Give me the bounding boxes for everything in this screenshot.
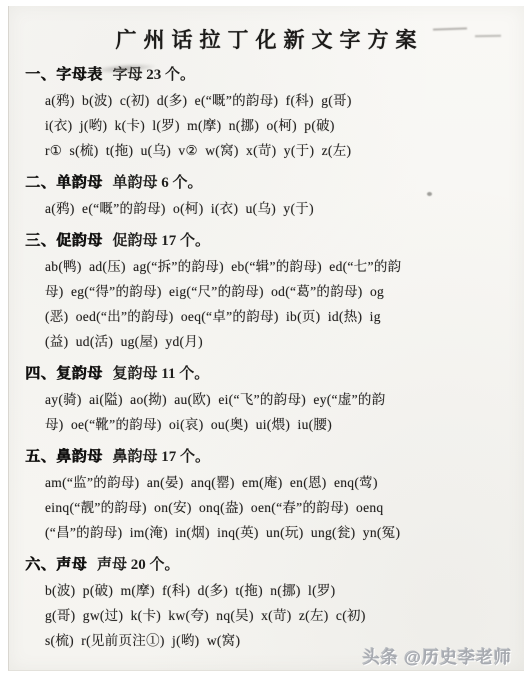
entries-line: i(衣) j(哟) k(卡) l(罗) m(摩) n(挪) o(柯) p(破): [45, 113, 514, 138]
section-label: 六、声母: [25, 557, 87, 573]
section-label: 一、字母表: [25, 67, 103, 83]
entries-line: einq(“靓”的韵母) on(安) onq(盎) oen(“春”的韵母) oe…: [45, 495, 514, 520]
document-title: 广州话拉丁化新文字方案: [25, 24, 514, 54]
section-label: 二、单韵母: [25, 175, 103, 191]
screenshot-frame: 广州话拉丁化新文字方案 一、字母表字母 23 个。 a(鸦) b(波) c(初)…: [0, 0, 530, 677]
entries-line: am(“监”的韵母) an(晏) anq(罂) em(庵) en(恩) enq(…: [45, 470, 514, 495]
section-heading: 四、复韵母复韵母 11 个。: [25, 363, 514, 385]
section-nasal-finals: 五、鼻韵母鼻韵母 17 个。 am(“监”的韵母) an(晏) anq(罂) e…: [25, 446, 514, 545]
entries-line: (“昌”的韵母) im(淹) in(烟) inq(英) un(玩) ung(瓮)…: [45, 520, 514, 545]
section-body: a(鸦) e(“嘅”的韵母) o(柯) i(衣) u(乌) y(于): [25, 196, 514, 221]
section-simple-finals: 二、单韵母单韵母 6 个。 a(鸦) e(“嘅”的韵母) o(柯) i(衣) u…: [25, 172, 514, 221]
entries-line: (益) ud(活) ug(屋) yd(月): [45, 329, 514, 354]
section-body: a(鸦) b(波) c(初) d(多) e(“嘅”的韵母) f(科) g(哥) …: [25, 88, 514, 163]
section-initials: 六、声母声母 20 个。 b(波) p(破) m(摩) f(科) d(多) t(…: [25, 554, 514, 653]
section-heading: 一、字母表字母 23 个。: [25, 64, 514, 86]
entries-line: 母) eg(“得”的韵母) eig(“尺”的韵母) od(“葛”的韵母) og: [45, 279, 514, 304]
entries-line: ay(骑) ai(隘) ao(拗) au(欧) ei(“飞”的韵母) ey(“虚…: [45, 387, 514, 412]
toutiao-watermark: 头条 @历史李老师: [363, 643, 512, 668]
entries-line: g(哥) gw(过) k(卡) kw(夸) nq(吴) x(苛) z(左) c(…: [45, 603, 514, 628]
entries-line: a(鸦) e(“嘅”的韵母) o(柯) i(衣) u(乌) y(于): [45, 196, 514, 221]
entries-line: a(鸦) b(波) c(初) d(多) e(“嘅”的韵母) f(科) g(哥): [45, 88, 514, 113]
section-label: 四、复韵母: [25, 366, 103, 382]
section-body: am(“监”的韵母) an(晏) anq(罂) em(庵) en(恩) enq(…: [25, 470, 514, 545]
section-label: 三、促韵母: [25, 233, 103, 249]
section-desc: 单韵母 6 个。: [113, 175, 203, 191]
section-desc: 促韵母 17 个。: [113, 233, 211, 249]
section-heading: 六、声母声母 20 个。: [25, 554, 514, 576]
section-body: b(波) p(破) m(摩) f(科) d(多) t(拖) n(挪) l(罗) …: [25, 578, 514, 653]
entries-line: ab(鸭) ad(压) ag(“拆”的韵母) eb(“辑”的韵母) ed(“七”…: [45, 254, 514, 279]
entries-line: (恶) oed(“出”的韵母) oeq(“卓”的韵母) ib(页) id(热) …: [45, 304, 514, 329]
section-heading: 二、单韵母单韵母 6 个。: [25, 172, 514, 194]
section-alphabet: 一、字母表字母 23 个。 a(鸦) b(波) c(初) d(多) e(“嘅”的…: [25, 64, 514, 163]
section-body: ab(鸭) ad(压) ag(“拆”的韵母) eb(“辑”的韵母) ed(“七”…: [25, 254, 514, 354]
entries-line: r① s(梳) t(拖) u(乌) v② w(窝) x(苛) y(于) z(左): [45, 138, 514, 163]
section-desc: 字母 23 个。: [113, 67, 196, 83]
scanned-document-page: 广州话拉丁化新文字方案 一、字母表字母 23 个。 a(鸦) b(波) c(初)…: [8, 6, 524, 671]
section-body: ay(骑) ai(隘) ao(拗) au(欧) ei(“飞”的韵母) ey(“虚…: [25, 387, 514, 437]
entries-line: b(波) p(破) m(摩) f(科) d(多) t(拖) n(挪) l(罗): [45, 578, 514, 603]
section-desc: 鼻韵母 17 个。: [113, 449, 211, 465]
section-desc: 复韵母 11 个。: [113, 366, 210, 382]
section-compound-finals: 四、复韵母复韵母 11 个。 ay(骑) ai(隘) ao(拗) au(欧) e…: [25, 363, 514, 437]
entries-line: 母) oe(“靴”的韵母) oi(哀) ou(奥) ui(煨) iu(腰): [45, 412, 514, 437]
section-heading: 五、鼻韵母鼻韵母 17 个。: [25, 446, 514, 468]
section-desc: 声母 20 个。: [97, 557, 180, 573]
section-label: 五、鼻韵母: [25, 449, 103, 465]
section-heading: 三、促韵母促韵母 17 个。: [25, 230, 514, 252]
section-checked-finals: 三、促韵母促韵母 17 个。 ab(鸭) ad(压) ag(“拆”的韵母) eb…: [25, 230, 514, 354]
